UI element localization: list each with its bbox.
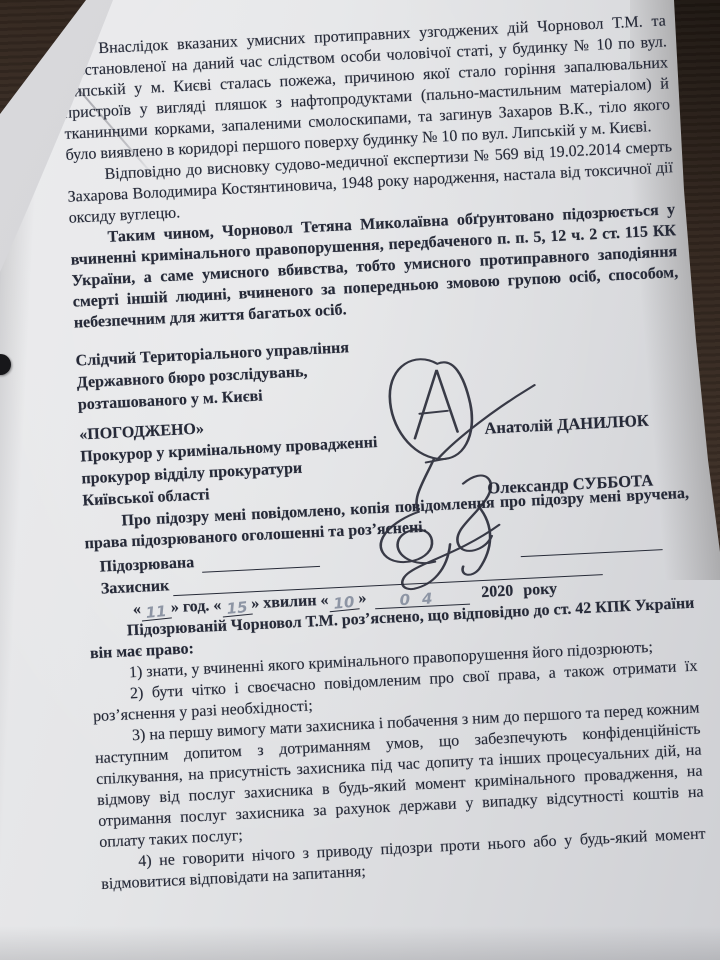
handwritten-minutes: 15 <box>221 597 253 618</box>
handwritten-day: 10 <box>328 591 360 612</box>
hours-label: » год. « <box>170 595 221 618</box>
paper-bottom-shadow <box>0 926 720 960</box>
document-content: Внаслідок вказаних умисних протиправних … <box>60 10 707 895</box>
defender-label: Захисник <box>100 575 169 599</box>
handwritten-hours: 11 <box>140 601 172 622</box>
year-text: 2020 <box>481 581 514 604</box>
photographed-document-scene: Внаслідок вказаних умисних протиправних … <box>0 0 720 960</box>
document-page: Внаслідок вказаних умисних протиправних … <box>0 0 720 960</box>
year-word: року <box>523 578 558 601</box>
